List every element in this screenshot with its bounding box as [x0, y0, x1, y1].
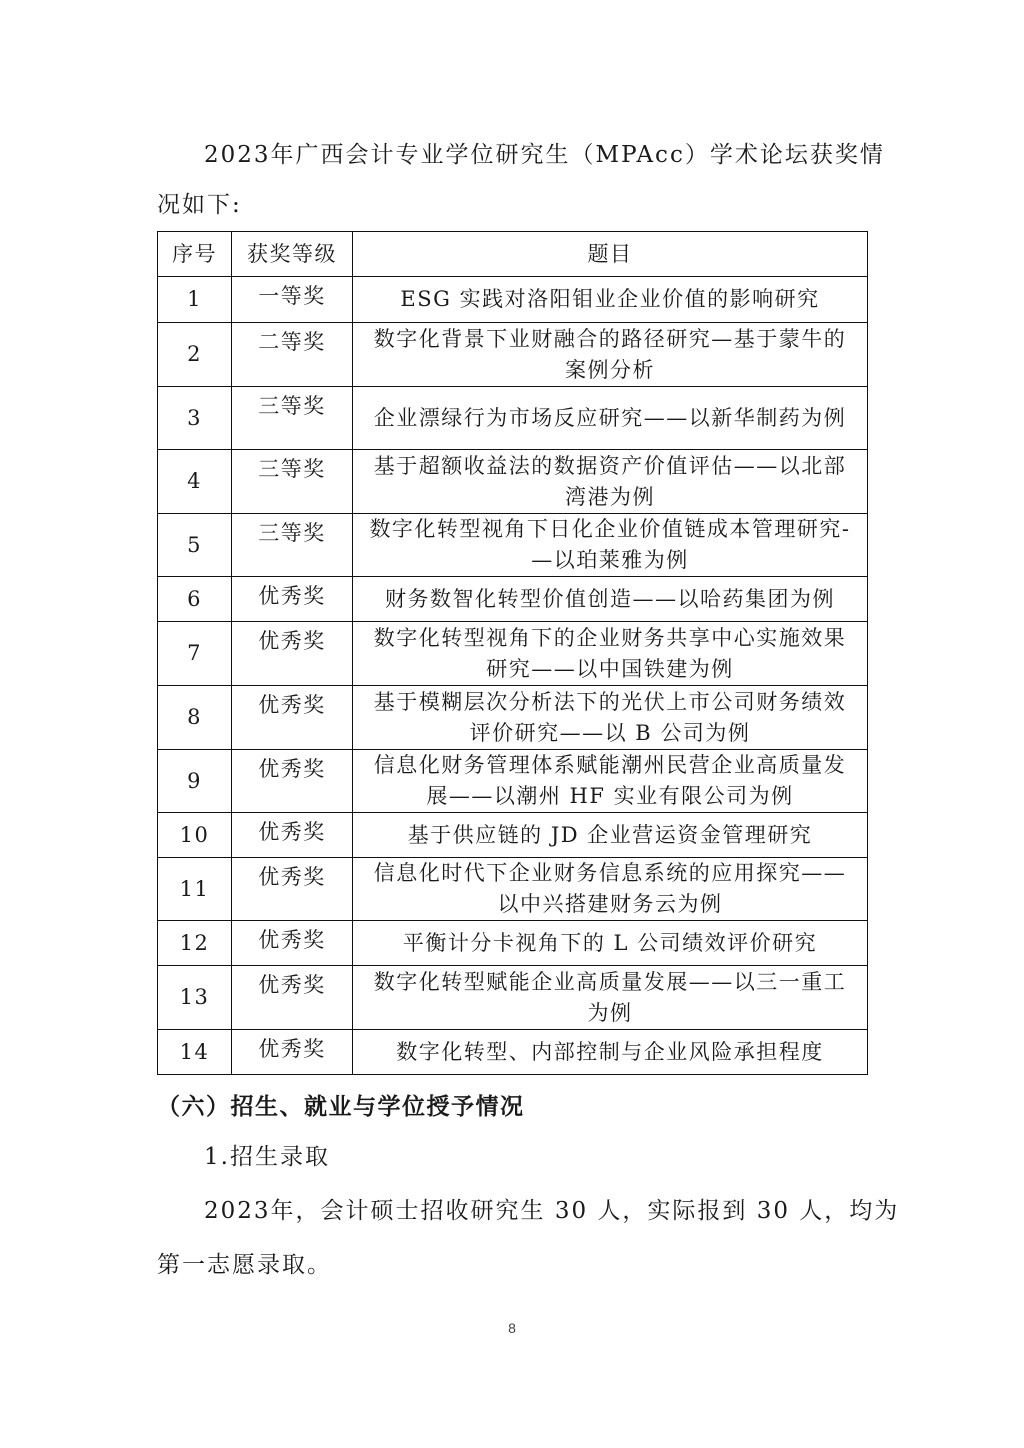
header-award-level: 获奖等级 [232, 232, 353, 277]
header-title: 题目 [353, 232, 868, 277]
table-row: 13优秀奖数字化转型赋能企业高质量发展——以三一重工为例 [158, 966, 868, 1030]
award-level-cell: 优秀奖 [232, 750, 353, 813]
title-cell: 基于模糊层次分析法下的光伏上市公司财务绩效评价研究——以 B 公司为例 [353, 686, 868, 750]
serial-number-cell: 12 [158, 921, 232, 966]
title-cell: 信息化时代下企业财务信息系统的应用探究——以中兴搭建财务云为例 [353, 858, 868, 921]
serial-number-cell: 6 [158, 577, 232, 622]
title-cell: 财务数智化转型价值创造——以哈药集团为例 [353, 577, 868, 622]
serial-number-cell: 2 [158, 323, 232, 387]
table-row: 6优秀奖财务数智化转型价值创造——以哈药集团为例 [158, 577, 868, 622]
page-number: 8 [0, 1320, 1024, 1336]
table-row: 14优秀奖数字化转型、内部控制与企业风险承担程度 [158, 1030, 868, 1075]
enrollment-paragraph-line2: 第一志愿录取。 [157, 1250, 332, 1280]
title-cell: 数字化转型视角下日化企业价值链成本管理研究-—以珀莱雅为例 [353, 514, 868, 577]
award-level-cell: 优秀奖 [232, 966, 353, 1030]
serial-number-cell: 5 [158, 514, 232, 577]
serial-number-cell: 7 [158, 622, 232, 686]
serial-number-cell: 1 [158, 277, 232, 323]
title-cell: 数字化转型、内部控制与企业风险承担程度 [353, 1030, 868, 1075]
serial-number-cell: 14 [158, 1030, 232, 1075]
subsection-heading: 1.招生录取 [204, 1142, 330, 1172]
enrollment-paragraph-line1: 2023年，会计硕士招收研究生 30 人，实际报到 30 人，均为 [204, 1196, 899, 1226]
award-level-cell: 一等奖 [232, 277, 353, 323]
serial-number-cell: 9 [158, 750, 232, 813]
table-row: 10优秀奖基于供应链的 JD 企业营运资金管理研究 [158, 813, 868, 858]
table-row: 8优秀奖基于模糊层次分析法下的光伏上市公司财务绩效评价研究——以 B 公司为例 [158, 686, 868, 750]
table-row: 1一等奖ESG 实践对洛阳钼业企业价值的影响研究 [158, 277, 868, 323]
serial-number-cell: 13 [158, 966, 232, 1030]
award-level-cell: 优秀奖 [232, 1030, 353, 1075]
award-level-cell: 优秀奖 [232, 921, 353, 966]
award-level-cell: 三等奖 [232, 514, 353, 577]
section-heading: （六）招生、就业与学位授予情况 [157, 1088, 525, 1121]
serial-number-cell: 11 [158, 858, 232, 921]
table-row: 4三等奖基于超额收益法的数据资产价值评估——以北部湾港为例 [158, 450, 868, 514]
award-level-cell: 优秀奖 [232, 813, 353, 858]
title-cell: 数字化转型视角下的企业财务共享中心实施效果研究——以中国铁建为例 [353, 622, 868, 686]
serial-number-cell: 4 [158, 450, 232, 514]
table-row: 11优秀奖信息化时代下企业财务信息系统的应用探究——以中兴搭建财务云为例 [158, 858, 868, 921]
table-row: 9优秀奖信息化财务管理体系赋能潮州民营企业高质量发展——以潮州 HF 实业有限公… [158, 750, 868, 813]
award-level-cell: 优秀奖 [232, 686, 353, 750]
serial-number-cell: 3 [158, 387, 232, 450]
header-serial-number: 序号 [158, 232, 232, 277]
table-row: 12优秀奖平衡计分卡视角下的 L 公司绩效评价研究 [158, 921, 868, 966]
table-row: 2二等奖数字化背景下业财融合的路径研究—基于蒙牛的案例分析 [158, 323, 868, 387]
title-cell: 信息化财务管理体系赋能潮州民营企业高质量发展——以潮州 HF 实业有限公司为例 [353, 750, 868, 813]
title-cell: 基于供应链的 JD 企业营运资金管理研究 [353, 813, 868, 858]
award-level-cell: 优秀奖 [232, 577, 353, 622]
intro-paragraph-line2: 况如下: [157, 190, 242, 220]
awards-table: 序号 获奖等级 题目 1一等奖ESG 实践对洛阳钼业企业价值的影响研究2二等奖数… [157, 231, 868, 1075]
title-cell: 平衡计分卡视角下的 L 公司绩效评价研究 [353, 921, 868, 966]
award-level-cell: 三等奖 [232, 387, 353, 450]
award-level-cell: 三等奖 [232, 450, 353, 514]
serial-number-cell: 10 [158, 813, 232, 858]
award-level-cell: 二等奖 [232, 323, 353, 387]
title-cell: 数字化转型赋能企业高质量发展——以三一重工为例 [353, 966, 868, 1030]
title-cell: 企业漂绿行为市场反应研究——以新华制药为例 [353, 387, 868, 450]
table-row: 7优秀奖数字化转型视角下的企业财务共享中心实施效果研究——以中国铁建为例 [158, 622, 868, 686]
title-cell: 基于超额收益法的数据资产价值评估——以北部湾港为例 [353, 450, 868, 514]
intro-paragraph-line1: 2023年广西会计专业学位研究生（MPAcc）学术论坛获奖情 [204, 140, 885, 170]
title-cell: ESG 实践对洛阳钼业企业价值的影响研究 [353, 277, 868, 323]
award-level-cell: 优秀奖 [232, 858, 353, 921]
table-row: 3三等奖企业漂绿行为市场反应研究——以新华制药为例 [158, 387, 868, 450]
table-header-row: 序号 获奖等级 题目 [158, 232, 868, 277]
table-row: 5三等奖数字化转型视角下日化企业价值链成本管理研究-—以珀莱雅为例 [158, 514, 868, 577]
serial-number-cell: 8 [158, 686, 232, 750]
title-cell: 数字化背景下业财融合的路径研究—基于蒙牛的案例分析 [353, 323, 868, 387]
award-level-cell: 优秀奖 [232, 622, 353, 686]
